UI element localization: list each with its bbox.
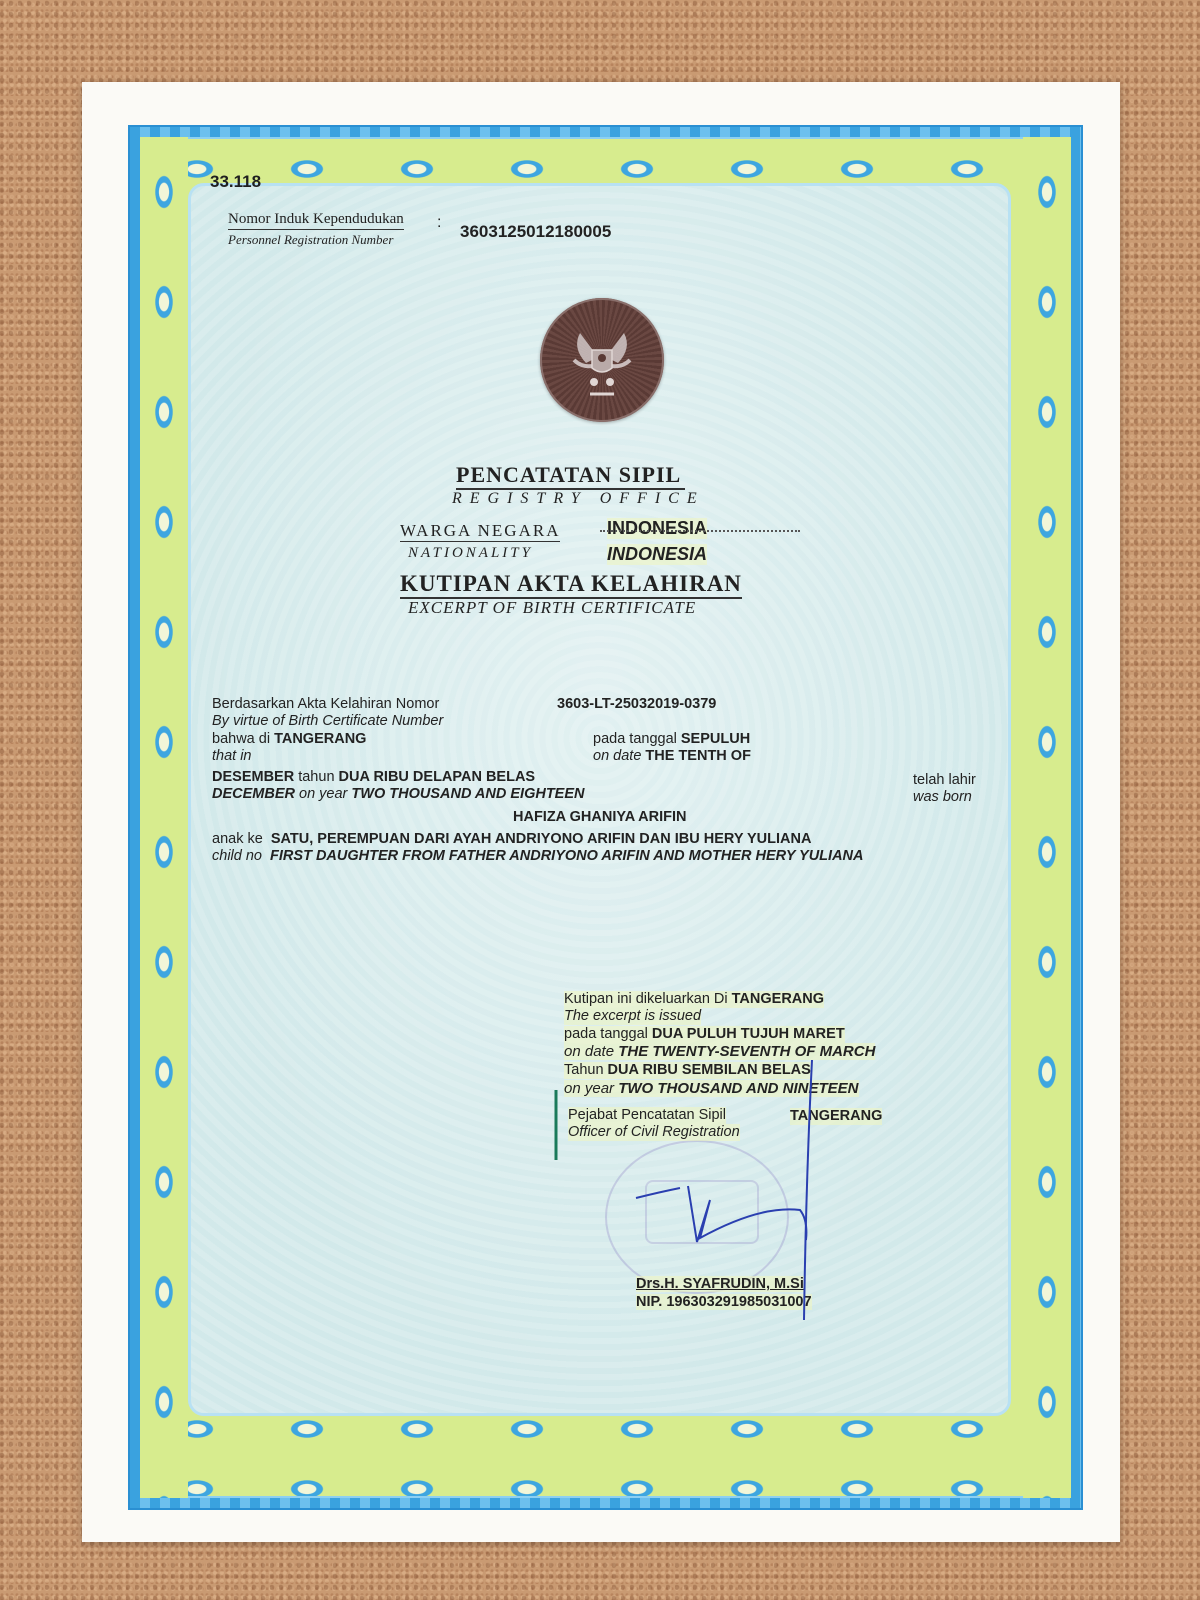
nik-label-id: Nomor Induk Kependudukan — [228, 210, 404, 230]
issued-date-line-en: on date THE TWENTY-SEVENTH OF MARCH — [564, 1043, 875, 1060]
birth-month-year-line: DESEMBER tahun DUA RIBU DELAPAN BELAS — [212, 769, 535, 786]
issued-year-label: Tahun — [564, 1062, 604, 1078]
child-order-value-en: FIRST DAUGHTER FROM FATHER ANDRIYONO ARI… — [270, 848, 863, 864]
signatory-nip: NIP. 196303291985031007 — [636, 1294, 812, 1310]
child-name: HAFIZA GHANIYA ARIFIN — [513, 809, 686, 826]
birth-year-label-en: on year — [299, 786, 347, 802]
birth-month-en: DECEMBER — [212, 786, 295, 802]
officer-label: Pejabat Pencatatan Sipil — [568, 1107, 726, 1124]
issued-year-line-en: on year TWO THOUSAND AND NINETEEN — [564, 1080, 859, 1097]
signatory-name: Drs.H. SYAFRUDIN, M.Si — [636, 1276, 804, 1292]
issued-place-line: Kutipan ini dikeluarkan Di TANGERANG — [564, 991, 824, 1008]
issued-label: Kutipan ini dikeluarkan Di — [564, 991, 728, 1007]
child-order-line: anak ke SATU, PEREMPUAN DARI AYAH ANDRIY… — [212, 831, 811, 848]
birth-date-line: pada tanggal SEPULUH — [593, 731, 750, 748]
cert-number-label-en: By virtue of Birth Certificate Number — [212, 713, 443, 730]
birth-year: DUA RIBU DELAPAN BELAS — [339, 769, 536, 785]
issued-date: DUA PULUH TUJUH MARET — [652, 1026, 845, 1042]
officer-city: TANGERANG — [790, 1108, 882, 1125]
birth-place-value: TANGERANG — [274, 731, 366, 747]
nationality-value-en: INDONESIA — [607, 544, 707, 565]
born-label-en: was born — [913, 789, 972, 806]
certificate-title-en: EXCERPT OF BIRTH CERTIFICATE — [408, 598, 696, 618]
nik-separator: : — [437, 214, 441, 232]
nik-value: 3603125012180005 — [460, 222, 611, 242]
nationality-label: WARGA NEGARA — [400, 521, 560, 542]
border-pattern-right — [1023, 137, 1071, 1498]
issued-year-label-en: on year — [564, 1080, 614, 1097]
birth-day-value-en: THE TENTH OF — [645, 748, 751, 764]
cert-number-label: Berdasarkan Akta Kelahiran Nomor — [212, 696, 439, 713]
birth-date-label: pada tanggal — [593, 731, 677, 747]
birth-place-line: bahwa di TANGERANG — [212, 731, 366, 748]
serial-number: 33.118 — [210, 172, 261, 192]
child-order-label-en: child no — [212, 848, 262, 864]
issued-year-en: TWO THOUSAND AND NINETEEN — [618, 1080, 858, 1097]
garuda-emblem-icon — [540, 298, 664, 422]
nationality-dotted-line — [600, 530, 800, 532]
certificate-title: KUTIPAN AKTA KELAHIRAN — [400, 571, 742, 599]
birth-month: DESEMBER — [212, 769, 294, 785]
issued-year-line: Tahun DUA RIBU SEMBILAN BELAS — [564, 1062, 811, 1079]
birth-date-label-en: on date — [593, 748, 641, 764]
issued-date-en: THE TWENTY-SEVENTH OF MARCH — [618, 1043, 875, 1060]
nik-label-en: Personnel Registration Number — [228, 232, 393, 247]
birth-month-year-line-en: DECEMBER on year TWO THOUSAND AND EIGHTE… — [212, 786, 585, 803]
birth-day-value: SEPULUH — [681, 731, 750, 747]
nationality-value: INDONESIA — [607, 518, 707, 539]
office-title-en: REGISTRY OFFICE — [452, 490, 705, 508]
birth-year-label: tahun — [298, 769, 334, 785]
child-order-line-en: child no FIRST DAUGHTER FROM FATHER ANDR… — [212, 848, 863, 865]
office-title: PENCATATAN SIPIL — [456, 462, 685, 490]
nationality-label-en: NATIONALITY — [408, 545, 533, 562]
officer-label-en: Officer of Civil Registration — [568, 1124, 740, 1141]
cert-number-value: 3603-LT-25032019-0379 — [557, 696, 716, 713]
born-label: telah lahir — [913, 772, 976, 789]
issued-label-en: The excerpt is issued — [564, 1008, 701, 1025]
nik-label: Nomor Induk Kependudukan Personnel Regis… — [228, 210, 404, 250]
birth-year-en: TWO THOUSAND AND EIGHTEEN — [351, 786, 584, 802]
issued-date-label: pada tanggal — [564, 1026, 648, 1042]
birth-place-label: bahwa di — [212, 731, 270, 747]
birth-place-label-en: that in — [212, 748, 252, 765]
child-order-label: anak ke — [212, 831, 263, 847]
official-stamp-inner — [645, 1180, 759, 1244]
child-order-value: SATU, PEREMPUAN DARI AYAH ANDRIYONO ARIF… — [271, 831, 812, 847]
issued-date-line: pada tanggal DUA PULUH TUJUH MARET — [564, 1026, 845, 1043]
issued-year: DUA RIBU SEMBILAN BELAS — [608, 1062, 811, 1078]
birth-date-line-en: on date THE TENTH OF — [593, 748, 751, 765]
border-pattern-left — [140, 137, 188, 1498]
issued-date-label-en: on date — [564, 1043, 614, 1060]
issued-place: TANGERANG — [732, 991, 824, 1007]
